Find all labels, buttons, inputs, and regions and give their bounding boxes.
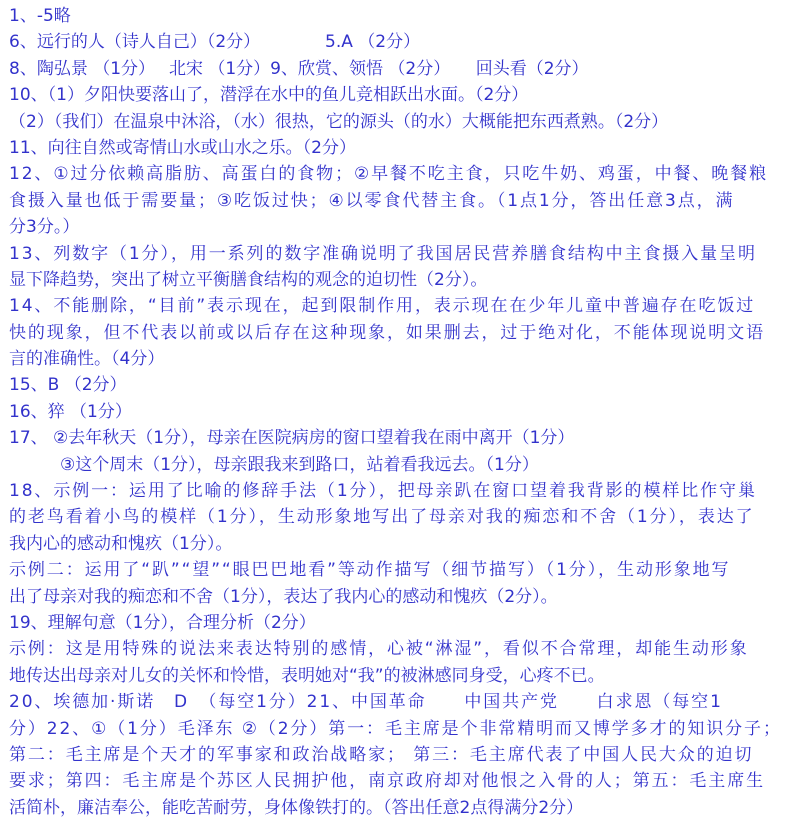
- text-line: 地传达出母亲对儿女的关怀和怜惜，表明她对“我”的被淋感同身受，心疼不已。: [9, 663, 768, 689]
- text-line: （2）（我们）在温泉中沐浴，（水）很热，它的源头（的水）大概能把东西煮熟。（2分…: [9, 109, 768, 135]
- text-line: 食摄入量也低于需要量；③吃饭过快；④以零食代替主食。（1点1分，答出任意3点，满: [9, 188, 768, 214]
- text-line: 示例二：运用了“趴”“望”“眼巴巴地看”等动作描写（细节描写）（1分），生动形象…: [9, 557, 768, 583]
- text-line: 出了母亲对我的痴恋和不舍（1分），表达了我内心的感动和愧疚（2分）。: [9, 584, 768, 610]
- text-line: 言的准确性。（4分）: [9, 346, 768, 372]
- text-line: 10、（1）夕阳快要落山了，潜浮在水中的鱼儿竞相跃出水面。（2分）: [9, 82, 768, 108]
- text-line: 1、-5略: [9, 3, 768, 29]
- text-line: 20、埃德加·斯诺 D （每空1分）21、中国革命 中国共产党 白求恩（每空1: [9, 689, 768, 715]
- text-line: 我内心的感动和愧疚（1分）。: [9, 531, 768, 557]
- text-line: 11、向往自然或寄情山水或山水之乐。（2分）: [9, 135, 768, 161]
- text-line: 19、理解句意（1分），合理分析（2分）: [9, 610, 768, 636]
- text-line: 快的现象，但不代表以前或以后存在这种现象，如果删去，过于绝对化，不能体现说明文语: [9, 320, 768, 346]
- text-line: ③这个周末（1分），母亲跟我来到路口，站着看我远去。（1分）: [9, 452, 768, 478]
- text-line: 分3分。）: [9, 214, 768, 240]
- text-line: 要求；第四：毛主席是个苏区人民拥护他，南京政府却对他恨之入骨的人；第五：毛主席生: [9, 768, 768, 794]
- text-line: 12、①过分依赖高脂肪、高蛋白的食物；②早餐不吃主食，只吃牛奶、鸡蛋，中餐、晚餐…: [9, 161, 768, 187]
- text-line: 15、B （2分）: [9, 372, 768, 398]
- text-line: 示例：这是用特殊的说法来表达特别的感情，心被“淋湿”，看似不合常理，却能生动形象: [9, 636, 768, 662]
- text-line: 分）22、①（1分）毛泽东 ②（2分）第一：毛主席是个非常精明而又博学多才的知识…: [9, 716, 768, 742]
- text-line: 6、远行的人（诗人自己）（2分） 5.A （2分）: [9, 29, 768, 55]
- text-line: 17、 ②去年秋天（1分），母亲在医院病房的窗口望着我在雨中离开（1分）: [9, 425, 768, 451]
- text-line: 13、列数字（1分），用一系列的数字准确说明了我国居民营养膳食结构中主食摄入量呈…: [9, 241, 768, 267]
- text-line: 显下降趋势，突出了树立平衡膳食结构的观念的迫切性（2分）。: [9, 267, 768, 293]
- text-line: 18、示例一：运用了比喻的修辞手法（1分），把母亲趴在窗口望着我背影的模样比作守…: [9, 478, 768, 504]
- text-line: 第二：毛主席是个天才的军事家和政治战略家； 第三：毛主席代表了中国人民大众的迫切: [9, 742, 768, 768]
- text-line: 的老鸟看着小鸟的模样（1分），生动形象地写出了母亲对我的痴恋和不舍（1分），表达…: [9, 504, 768, 530]
- answer-key-document: 1、-5略6、远行的人（诗人自己）（2分） 5.A （2分）8、陶弘景 （1分）…: [0, 0, 786, 822]
- text-line: 8、陶弘景 （1分） 北宋 （1分）9、欣赏、领悟 （2分） 回头看（2分）: [9, 56, 768, 82]
- text-line: 16、猝 （1分）: [9, 399, 768, 425]
- text-line: 14、不能删除，“目前”表示现在，起到限制作用，表示现在在少年儿童中普遍存在吃饭…: [9, 293, 768, 319]
- text-line: 活简朴，廉洁奉公，能吃苦耐劳，身体像铁打的。（答出任意2点得满分2分）: [9, 795, 768, 821]
